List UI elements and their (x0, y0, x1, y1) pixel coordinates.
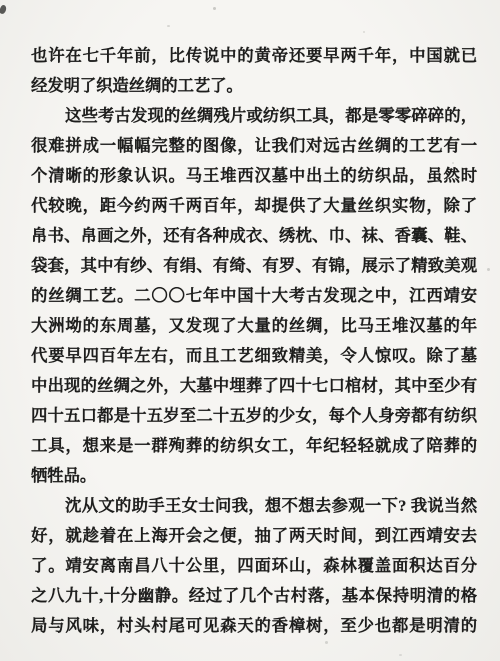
text-line: 之八九十,十分幽静。经过了几个古村落，基本保持明清的格 (31, 581, 477, 611)
text-line: 帛书、帛画之外，还有各种成衣、绣枕、巾、袜、香囊、鞋、 (31, 221, 477, 251)
text-line: 大洲坳的东周墓，又发现了大量的丝绸，比马王堆汉墓的年 (31, 311, 477, 341)
scan-speck (167, 25, 170, 27)
scan-speck (452, 162, 454, 164)
scan-speck (213, 7, 216, 10)
text-line: 很难拼成一幅幅完整的图像，让我们对远古丝绸的工艺有一 (31, 131, 477, 161)
text-line: 袋套，其中有纱、有绢、有绮、有罗、有锦，展示了精致美观 (31, 251, 477, 281)
text-line: 局与风味，村头村尾可见森天的香樟树，至少也都是明清的 (31, 611, 477, 641)
text-line: 个清晰的形象认识。马王堆西汉墓中出土的纺织品，虽然时 (31, 161, 477, 191)
scan-speck (363, 31, 365, 33)
text-line: 工具，想来是一群殉葬的纺织女工，年纪轻轻就成了陪葬的 (31, 431, 477, 461)
text-line: 牺牲品。 (31, 461, 477, 491)
text-line: 中出现的丝绸之外，大墓中埋葬了四十七口棺材，其中至少有 (31, 371, 477, 401)
scan-speck (399, 654, 402, 656)
book-page: 也许在七千年前，比传说中的黄帝还要早两千年，中国就已 经发明了织造丝绸的工艺了。… (0, 0, 500, 661)
text-line: 好，就趁着在上海开会之便，抽了两天时间，到江西靖安去 (31, 521, 477, 551)
text-line: 代要早四百年左右，而且工艺细致精美，令人惊叹。除了墓 (31, 341, 477, 371)
scan-speck (487, 268, 490, 271)
text-line: 这些考古发现的丝绸残片或纺织工具，都是零零碎碎的， (31, 101, 477, 131)
text-line: 的丝绸工艺。二〇〇七年中国十大考古发现之中，江西靖安 (31, 281, 477, 311)
text-line: 了。靖安离南昌八十公里，四面环山，森林覆盖面积达百分 (31, 551, 477, 581)
text-line: 代较晚，距今约两千两百年，却提供了大量丝织实物，除了 (31, 191, 477, 221)
scan-speck (140, 168, 142, 170)
scan-speck (325, 641, 328, 644)
scan-mark (0, 4, 7, 14)
text-line: 沈从文的助手王女士问我，想不想去参观一下? 我说当然 (31, 491, 477, 521)
text-line: 也许在七千年前，比传说中的黄帝还要早两千年，中国就已 (31, 41, 477, 71)
text-line: 四十五口都是十五岁至二十五岁的少女，每个人身旁都有纺织 (31, 401, 477, 431)
text-line: 经发明了织造丝绸的工艺了。 (31, 71, 477, 101)
text-block: 也许在七千年前，比传说中的黄帝还要早两千年，中国就已 经发明了织造丝绸的工艺了。… (31, 41, 477, 641)
